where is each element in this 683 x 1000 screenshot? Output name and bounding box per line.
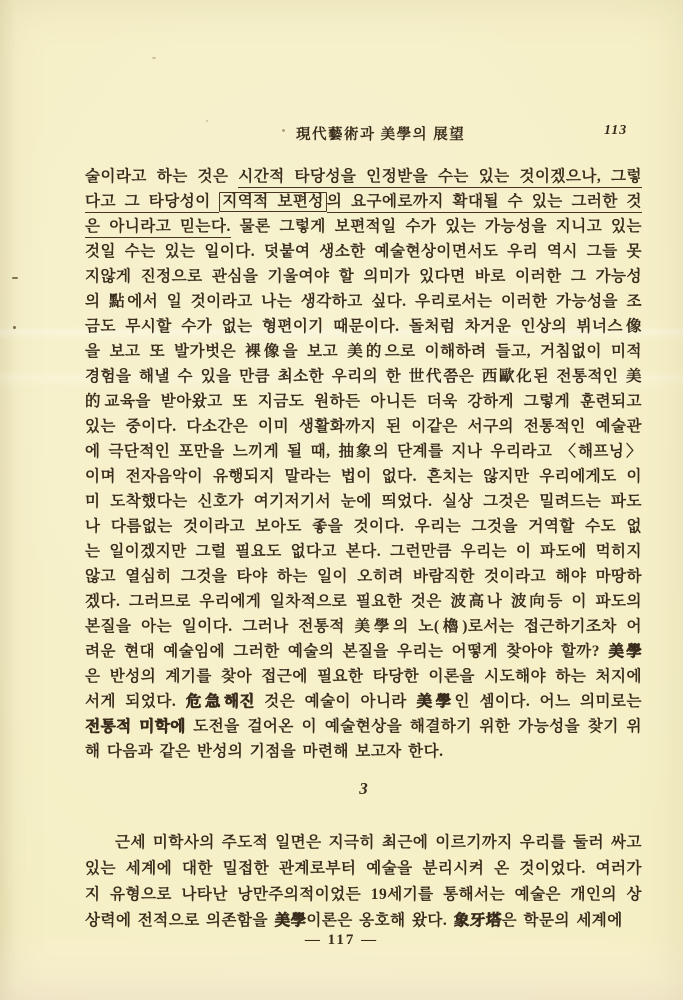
text-segment: 경험을 해낼 수 있을 만큼 최소한 우리의 한 世代쯤은 西歐化된 전통적인 … <box>85 368 642 385</box>
text-segment: 危急해진 <box>186 693 255 710</box>
text-segment: 이론은 옹호해 왔다. <box>306 912 453 929</box>
paper-speck <box>282 129 285 132</box>
text-segment: 도전을 걸어온 이 예술현상을 해결하기 위한 가능성을 찾기 위 <box>186 718 642 735</box>
text-line: 경험을 해낼 수 있을 만큼 최소한 우리의 한 世代쯤은 西歐化된 전통적인 … <box>85 364 642 389</box>
paper-speck <box>12 277 18 279</box>
text-line: 나 다름없는 것이라고 보아도 좋을 것이다. 우리는 그것을 거역할 수도 없 <box>85 514 642 539</box>
text-segment: 본질을 아는 일이다. 그러나 전통적 美學의 노(櫓)로서는 접근하기조차 어 <box>85 618 642 635</box>
text-segment: 的교육을 받아왔고 또 지금도 원하든 아니든 더욱 강하게 그렇게 훈련되고 <box>85 393 642 410</box>
text-segment: 있는 중이다. 다소간은 이미 생활화까지 된 이같은 서구의 전통적인 예술관 <box>85 418 642 435</box>
text-segment: 려운 현대 예술임에 그러한 예술의 본질을 우리는 어떻게 찾아야 할까? <box>85 643 608 660</box>
underlined-text: 의 요구에로까지 확대될 수 있는 그러한 것 <box>327 193 642 213</box>
text-segment: 은 학문의 세계에 <box>502 912 623 929</box>
text-line: 지 유형으로 나타난 낭만주의적이었든 19세기를 통해서는 예술은 개인의 상 <box>85 882 642 908</box>
underlined-text: 다고 그 타당성이 <box>85 193 219 213</box>
boxed-text: 지역적 보편성 <box>219 192 327 212</box>
text-line: 이며 전자음악이 유행되지 말라는 법이 없다. 흔치는 않지만 우리에게도 이 <box>85 464 642 489</box>
text-segment: 象牙塔 <box>454 912 502 929</box>
text-line: 있는 중이다. 다소간은 이미 생활화까지 된 이같은 서구의 전통적인 예술관 <box>85 414 642 439</box>
text-segment: 금도 무시할 수가 없는 형편이기 때문이다. 돌처럼 차거운 인상의 뷔너스像 <box>85 318 642 335</box>
text-line: 은 아니라고 믿는다. 물론 그렇게 보편적일 수가 있는 가능성을 지니고 있… <box>85 214 642 239</box>
footer-page-number: — 117 — <box>0 932 683 949</box>
text-segment: 인 셈이다. 어느 의미로는 <box>455 693 642 710</box>
text-segment: 근세 미학사의 주도적 일면은 지극히 최근에 이르기까지 우리를 둘러 싸고 <box>115 834 642 851</box>
text-segment: 은 반성의 계기를 찾아 접근에 필요한 타당한 이론을 시도해야 하는 처지에 <box>85 668 642 685</box>
document-page: 現代藝術과 美學의 展望 113 술이라고 하는 것은 시간적 타당성을 인정받… <box>0 0 683 1000</box>
text-line: 겠다. 그러므로 우리에게 일차적으로 필요한 것은 波高나 波向등 이 파도의 <box>85 589 642 614</box>
section-number: 3 <box>85 779 642 799</box>
text-line: 을 보고 또 발가벗은 裸像을 보고 美的으로 이해하려 들고, 거침없이 미적 <box>85 339 642 364</box>
text-line: 려운 현대 예술임에 그러한 예술의 본질을 우리는 어떻게 찾아야 할까? 美… <box>85 639 642 664</box>
underlined-text: 시간적 타당성을 인정받을 수는 있는 것이겠으나, 그렇 <box>238 168 642 188</box>
text-line: 본질을 아는 일이다. 그러나 전통적 美學의 노(櫓)로서는 접근하기조차 어 <box>85 614 642 639</box>
text-segment: 전통적 미학에 <box>85 718 186 735</box>
body-paragraph: 술이라고 하는 것은 시간적 타당성을 인정받을 수는 있는 것이겠으나, 그렇… <box>85 164 642 764</box>
text-line: 것일 수는 있는 일이다. 덧붙여 생소한 예술현상이면서도 우리 역시 그들 … <box>85 239 642 264</box>
text-segment: 이며 전자음악이 유행되지 말라는 법이 없다. 흔치는 않지만 우리에게도 이 <box>85 468 642 485</box>
text-line: 술이라고 하는 것은 시간적 타당성을 인정받을 수는 있는 것이겠으나, 그렇 <box>85 164 642 189</box>
text-line: 않고 열심히 그것을 타야 하는 일이 오히려 바람직한 것이라고 해야 마땅하 <box>85 564 642 589</box>
text-line: 의 點에서 일 것이라고 나는 생각하고 싶다. 우리로서는 이러한 가능성을 … <box>85 289 642 314</box>
text-segment: 않고 열심히 그것을 타야 하는 일이 오히려 바람직한 것이라고 해야 마땅하 <box>85 568 642 585</box>
text-segment: 에 극단적인 포만을 느끼게 될 때, 抽象의 단계를 지나 우리라고 〈해프닝… <box>85 443 642 460</box>
text-segment: 美學 <box>274 912 306 929</box>
text-line: 다고 그 타당성이 지역적 보편성의 요구에로까지 확대될 수 있는 그러한 것 <box>85 189 642 214</box>
text-line: 미 도착했다는 신호가 여기저기서 눈에 띄었다. 실상 그것은 밀려드는 파도 <box>85 489 642 514</box>
text-line: 상력에 전적으로 의존함을 美學이론은 옹호해 왔다. 象牙塔은 학문의 세계에 <box>85 908 642 934</box>
text-segment: 것은 예술이 아니라 <box>255 693 417 710</box>
text-segment: 지않게 진정으로 관심을 기울여야 할 의미가 있다면 바로 이러한 그 가능성 <box>85 268 642 285</box>
text-segment: 는 일이겠지만 그럴 필요도 없다고 본다. 그런만큼 우리는 이 파도에 먹히… <box>85 543 642 560</box>
underlined-text: 은 아니라고 믿는다. <box>85 218 231 238</box>
text-line: 전통적 미학에 도전을 걸어온 이 예술현상을 해결하기 위한 가능성을 찾기 … <box>85 714 642 739</box>
text-segment: 겠다. 그러므로 우리에게 일차적으로 필요한 것은 波高나 波向등 이 파도의 <box>85 593 642 610</box>
text-segment: 술이라고 하는 것은 <box>85 168 238 185</box>
text-segment: 美學 <box>608 643 642 660</box>
text-line: 는 일이겠지만 그럴 필요도 없다고 본다. 그런만큼 우리는 이 파도에 먹히… <box>85 539 642 564</box>
text-segment: 美學 <box>416 693 454 710</box>
text-segment: 미 도착했다는 신호가 여기저기서 눈에 띄었다. 실상 그것은 밀려드는 파도 <box>85 493 642 510</box>
text-segment: 지 유형으로 나타난 낭만주의적이었든 19세기를 통해서는 예술은 개인의 상 <box>85 886 642 903</box>
text-line: 있는 세계에 대한 밀접한 관계로부터 예술을 분리시켜 온 것이었다. 여러가 <box>85 856 642 882</box>
paper-speck <box>206 120 208 122</box>
paper-speck <box>585 470 587 472</box>
text-segment: 을 보고 또 발가벗은 裸像을 보고 美的으로 이해하려 들고, 거침없이 미적 <box>85 343 642 360</box>
text-segment: 물론 그렇게 보편적일 수가 있는 가능성을 지니고 있는 <box>231 218 642 235</box>
page-header-number: 113 <box>604 123 627 139</box>
body-paragraph: 근세 미학사의 주도적 일면은 지극히 최근에 이르기까지 우리를 둘러 싸고있… <box>85 830 642 934</box>
text-line: 근세 미학사의 주도적 일면은 지극히 최근에 이르기까지 우리를 둘러 싸고 <box>85 830 642 856</box>
text-segment: 서게 되었다. <box>85 693 186 710</box>
text-segment: 해 다음과 같은 반성의 기점을 마련해 보고자 한다. <box>85 743 443 760</box>
text-segment: 상력에 전적으로 의존함을 <box>85 912 274 929</box>
text-segment: 나 다름없는 것이라고 보아도 좋을 것이다. 우리는 그것을 거역할 수도 없 <box>85 518 642 535</box>
text-segment: 것일 수는 있는 일이다. 덧붙여 생소한 예술현상이면서도 우리 역시 그들 … <box>85 243 642 260</box>
paper-speck <box>13 326 16 329</box>
text-line: 은 반성의 계기를 찾아 접근에 필요한 타당한 이론을 시도해야 하는 처지에 <box>85 664 642 689</box>
paper-speck <box>152 57 156 59</box>
text-segment: 있는 세계에 대한 밀접한 관계로부터 예술을 분리시켜 온 것이었다. 여러가 <box>85 860 642 877</box>
text-line: 에 극단적인 포만을 느끼게 될 때, 抽象의 단계를 지나 우리라고 〈해프닝… <box>85 439 642 464</box>
text-line: 금도 무시할 수가 없는 형편이기 때문이다. 돌처럼 차거운 인상의 뷔너스像 <box>85 314 642 339</box>
text-line: 的교육을 받아왔고 또 지금도 원하든 아니든 더욱 강하게 그렇게 훈련되고 <box>85 389 642 414</box>
page-header-title: 現代藝術과 美學의 展望 <box>296 123 465 144</box>
text-segment: 의 點에서 일 것이라고 나는 생각하고 싶다. 우리로서는 이러한 가능성을 … <box>85 293 642 310</box>
text-line: 지않게 진정으로 관심을 기울여야 할 의미가 있다면 바로 이러한 그 가능성 <box>85 264 642 289</box>
text-line: 해 다음과 같은 반성의 기점을 마련해 보고자 한다. <box>85 739 642 764</box>
text-line: 서게 되었다. 危急해진 것은 예술이 아니라 美學인 셈이다. 어느 의미로는 <box>85 689 642 714</box>
